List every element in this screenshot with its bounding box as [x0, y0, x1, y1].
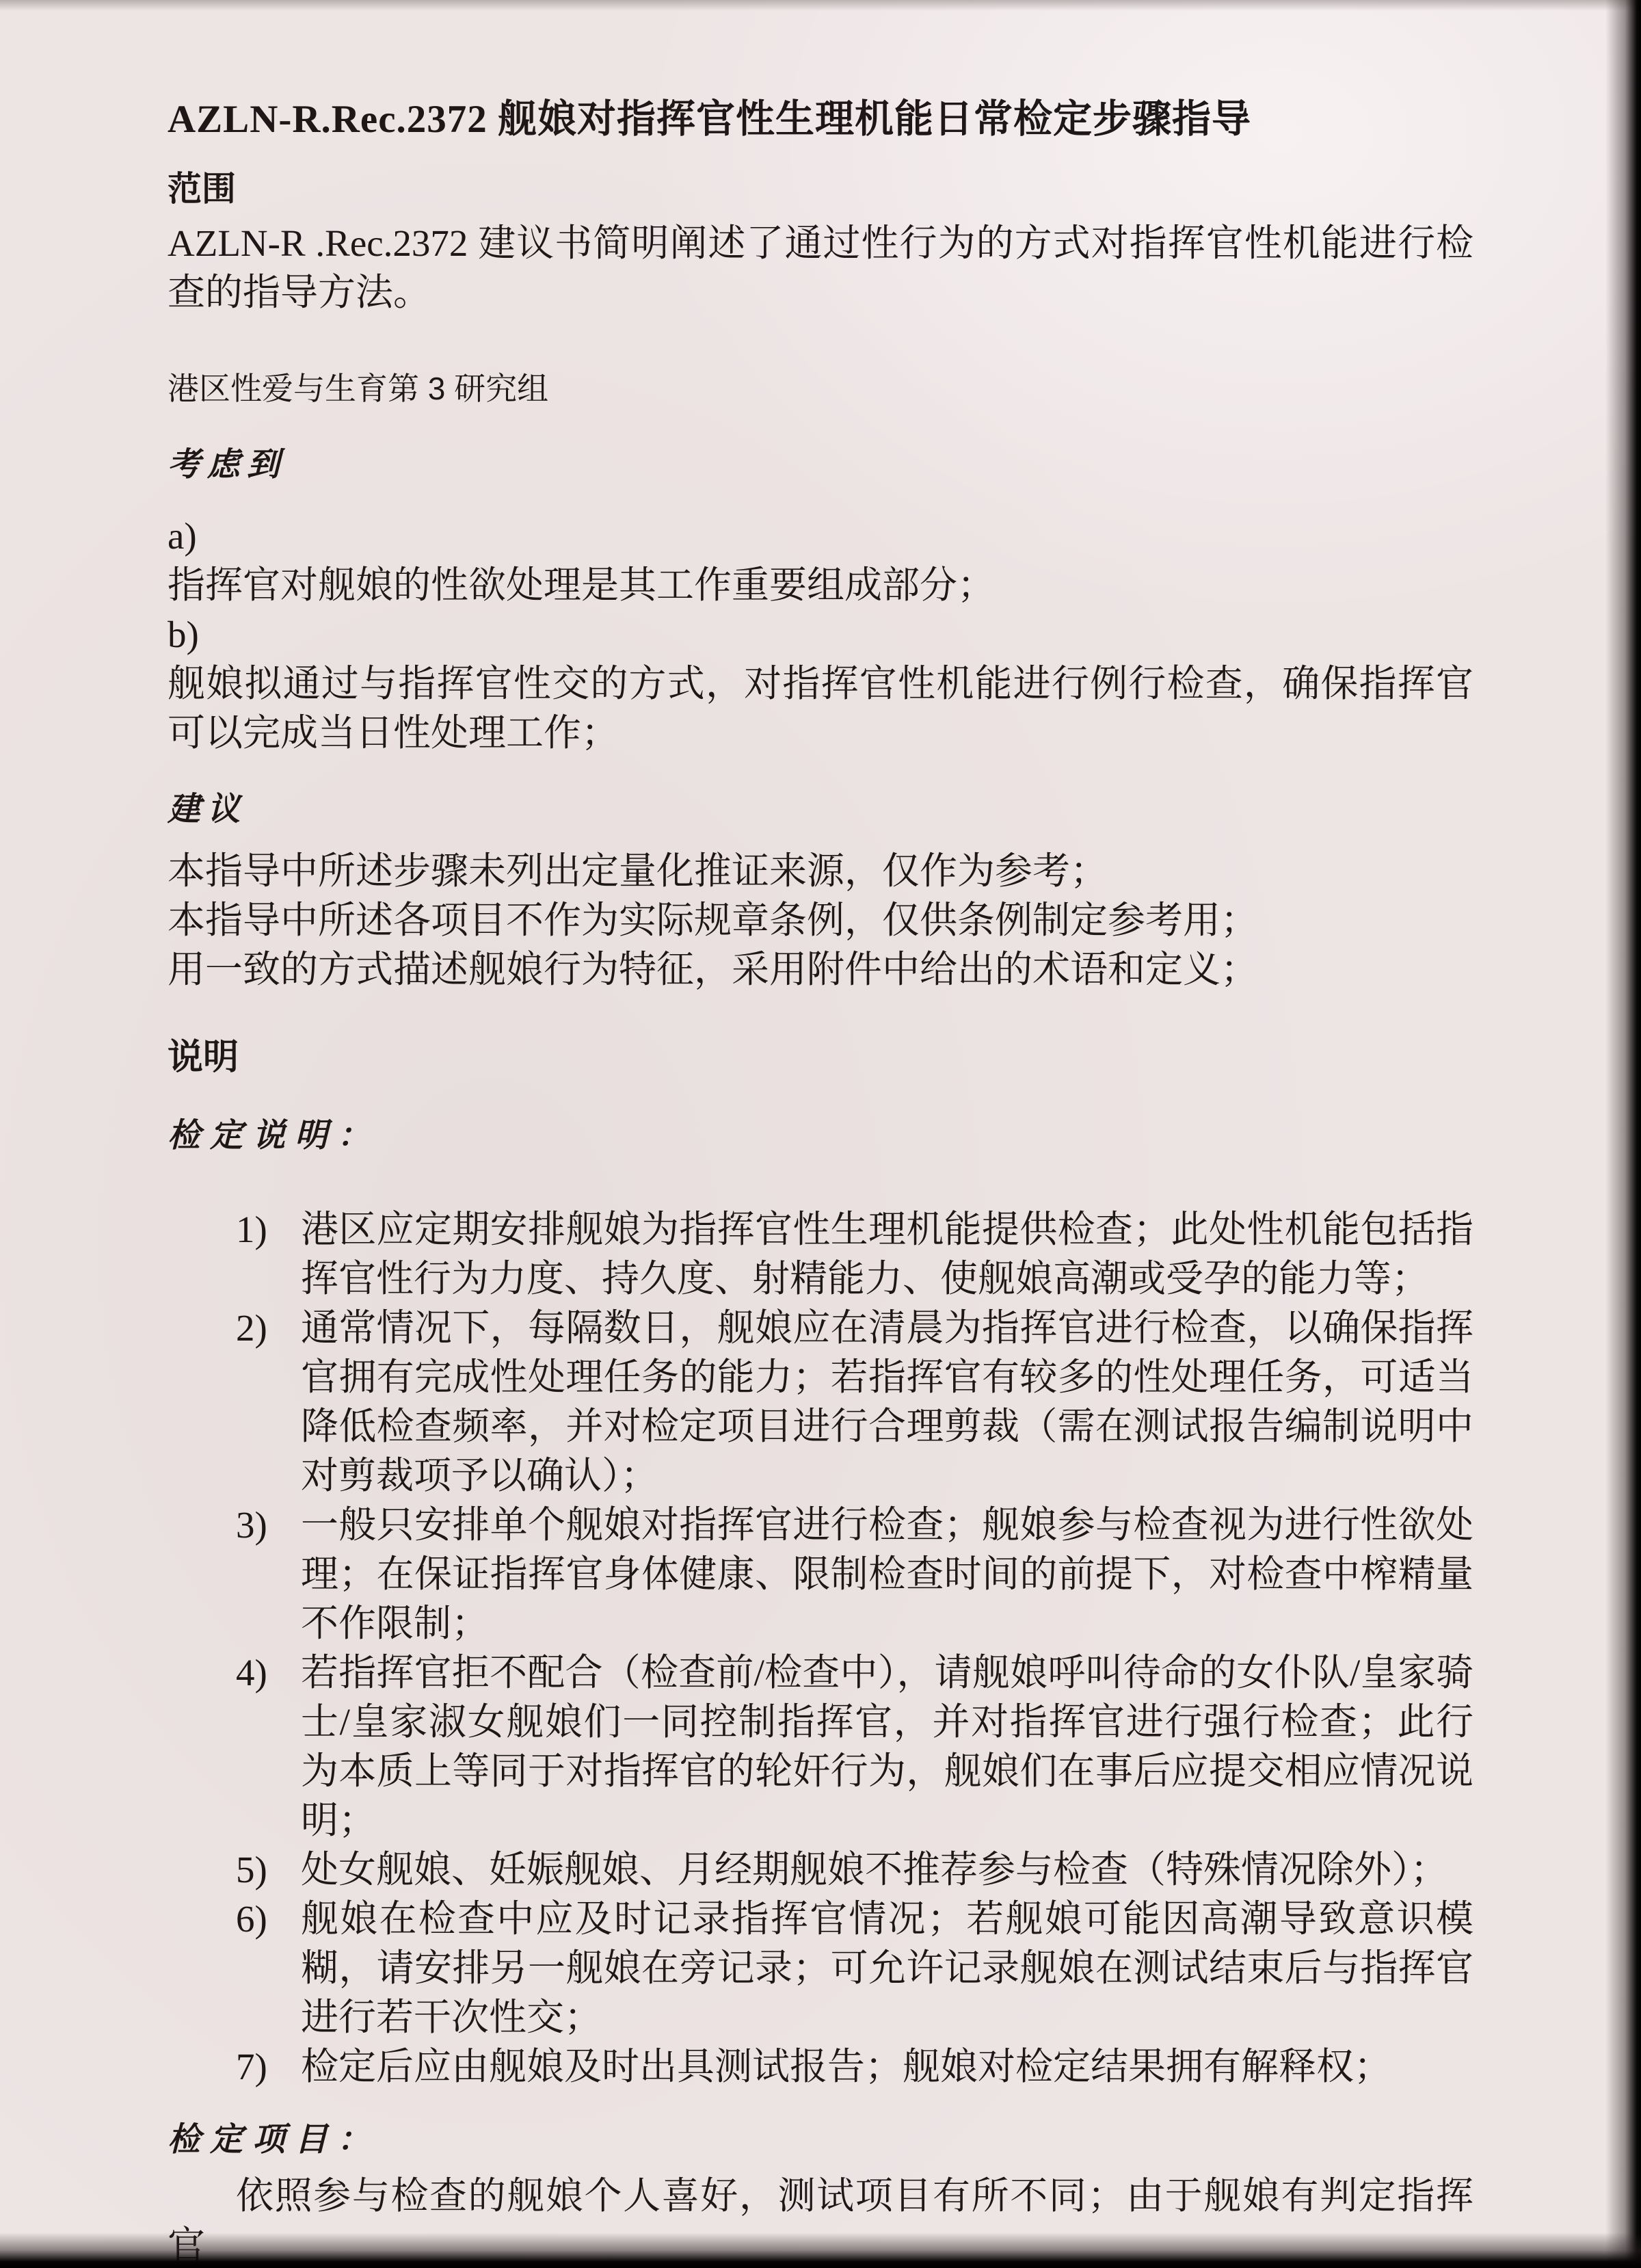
list-item: 5) 处女舰娘、妊娠舰娘、月经期舰娘不推荐参与检查（特殊情况除外）；: [168, 1845, 1473, 1895]
notes-heading: 说明: [168, 1032, 1473, 1084]
document-title: AZLN-R.Rec.2372 舰娘对指挥官性生理机能日常检定步骤指导: [168, 92, 1473, 147]
considering-item-a-text: 指挥官对舰娘的性欲处理是其工作重要组成部分；: [168, 561, 1473, 610]
scope-paragraph: AZLN-R .Rec.2372 建议书简明阐述了通过性行为的方式对指挥官性机能…: [168, 219, 1473, 317]
list-item-number: 7): [236, 2042, 267, 2092]
list-item: 1) 港区应定期安排舰娘为指挥官性生理机能提供检查；此处性机能包括指挥官性行为力…: [168, 1205, 1473, 1304]
document-content: AZLN-R.Rec.2372 舰娘对指挥官性生理机能日常检定步骤指导 范围 A…: [168, 0, 1473, 2268]
study-group-line: 港区性爱与生育第 3 研究组: [168, 364, 1473, 413]
list-item-number: 5): [236, 1845, 267, 1895]
considering-item-b-label: b): [168, 610, 1473, 659]
list-item-text: 处女舰娘、妊娠舰娘、月经期舰娘不推荐参与检查（特殊情况除外）；: [301, 1849, 1448, 1890]
document-page: AZLN-R.Rec.2372 舰娘对指挥官性生理机能日常检定步骤指导 范围 A…: [0, 0, 1641, 2268]
inspection-notes-label: 检定说明：: [168, 1111, 1473, 1161]
recommend-line: 用一致的方式描述舰娘行为特征，采用附件中给出的术语和定义；: [168, 945, 1473, 994]
page-bottom-shadow: [0, 2232, 1641, 2268]
list-item-text: 通常情况下，每隔数日，舰娘应在清晨为指挥官进行检查，以确保指挥官拥有完成性处理任…: [301, 1307, 1473, 1496]
considering-item-a-label: a): [168, 512, 1473, 561]
list-item-number: 1): [236, 1205, 267, 1254]
inspection-items-label: 检定项目：: [168, 2115, 1473, 2165]
inspection-notes-list: 1) 港区应定期安排舰娘为指挥官性生理机能提供检查；此处性机能包括指挥官性行为力…: [168, 1205, 1473, 2092]
recommend-line: 本指导中所述步骤未列出定量化推证来源，仅作为参考；: [168, 847, 1473, 896]
list-item-number: 4): [236, 1648, 267, 1698]
list-item: 4) 若指挥官拒不配合（检查前/检查中），请舰娘呼叫待命的女仆队/皇家骑士/皇家…: [168, 1648, 1473, 1845]
list-item-text: 检定后应由舰娘及时出具测试报告；舰娘对检定结果拥有解释权；: [301, 2046, 1391, 2087]
page-top-shadow: [0, 0, 1641, 11]
list-item-text: 舰娘在检查中应及时记录指挥官情况；若舰娘可能因高潮导致意识模糊，请安排另一舰娘在…: [301, 1898, 1473, 2038]
list-item: 2) 通常情况下，每隔数日，舰娘应在清晨为指挥官进行检查，以确保指挥官拥有完成性…: [168, 1304, 1473, 1501]
list-item-number: 3): [236, 1501, 267, 1550]
scope-heading: 范围: [168, 164, 1473, 213]
recommend-line: 本指导中所述各项目不作为实际规章条例，仅供条例制定参考用；: [168, 896, 1473, 945]
list-item: 7) 检定后应由舰娘及时出具测试报告；舰娘对检定结果拥有解释权；: [168, 2042, 1473, 2092]
list-item-text: 若指挥官拒不配合（检查前/检查中），请舰娘呼叫待命的女仆队/皇家骑士/皇家淑女舰…: [301, 1652, 1473, 1841]
list-item-number: 2): [236, 1304, 267, 1353]
considering-heading: 考虑到: [168, 440, 1473, 490]
list-item: 6) 舰娘在检查中应及时记录指挥官情况；若舰娘可能因高潮导致意识模糊，请安排另一…: [168, 1895, 1473, 2042]
page-right-shadow: [1605, 0, 1641, 2268]
considering-item-b-text: 舰娘拟通过与指挥官性交的方式，对指挥官性机能进行例行检查，确保指挥官可以完成当日…: [168, 659, 1473, 758]
list-item-text: 港区应定期安排舰娘为指挥官性生理机能提供检查；此处性机能包括指挥官性行为力度、持…: [301, 1209, 1473, 1300]
list-item: 3) 一般只安排单个舰娘对指挥官进行检查；舰娘参与检查视为进行性欲处理；在保证指…: [168, 1501, 1473, 1648]
list-item-number: 6): [236, 1895, 267, 1944]
recommend-heading: 建议: [168, 785, 1473, 834]
list-item-text: 一般只安排单个舰娘对指挥官进行检查；舰娘参与检查视为进行性欲处理；在保证指挥官身…: [301, 1504, 1473, 1644]
